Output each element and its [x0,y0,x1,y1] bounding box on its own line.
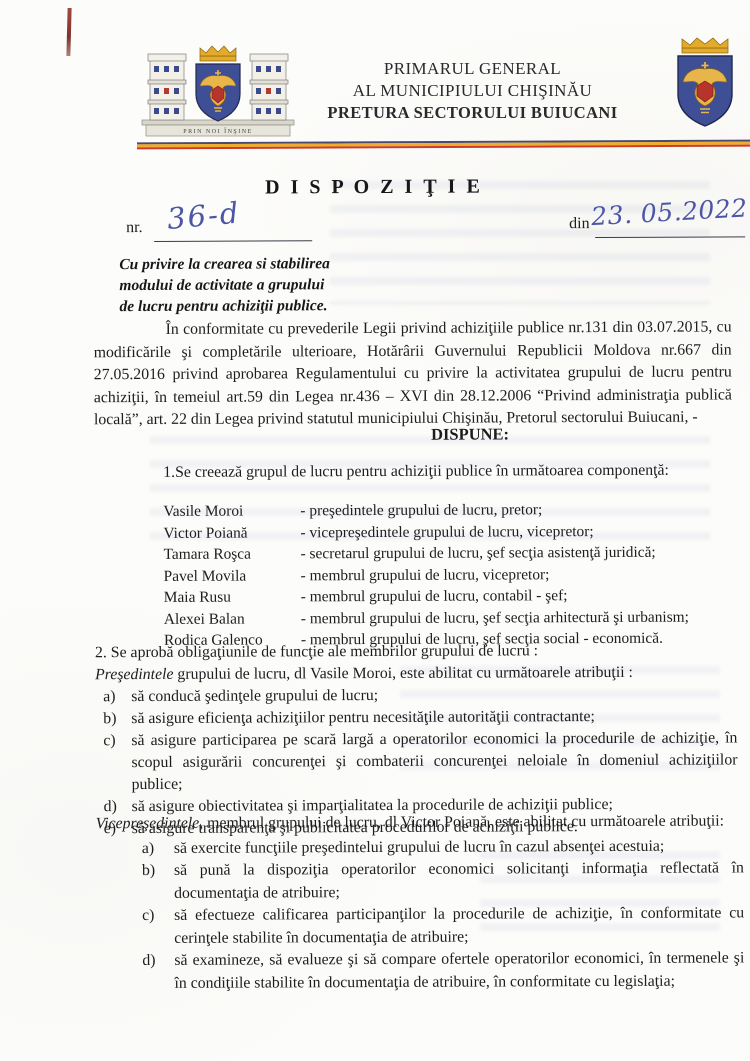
member-row: Victor Poiană - vicepreşedintele grupulu… [163,520,741,544]
item-letter: c) [142,905,174,950]
date-underline [595,236,745,238]
president-lead: Preşedintele grupului de lucru, dl Vasil… [95,661,737,686]
member-role: - membrul grupului de lucru, vicepretor; [301,563,742,586]
document-body: D I S P O Z I Ţ I E nr. 36-d din 23. 05.… [0,0,750,1061]
subject-block: Cu privire la crearea si stabilirea modu… [119,253,399,317]
item-letter: a) [103,686,131,708]
member-role: - secretarul grupului de lucru, şef secţ… [301,541,742,564]
handwritten-date: 23. 05.2022 [590,193,748,231]
member-role: - membrul grupului de lucru, şef secţia … [301,606,742,629]
vicepresident-lead: Vicepreşedintele, membrul grupului de lu… [96,810,744,835]
item-letter: c) [103,730,131,796]
subject-line: modului de activitate a grupului [119,274,399,296]
member-name: Pavel Movila [164,565,301,587]
number-label: nr. [126,219,143,237]
president-lead-rest: grupului de lucru, dl Vasile Moroi, este… [173,664,633,683]
duty-item: a) să exercite funcţiile preşedintelui g… [96,835,744,860]
member-role: - membrul grupului de lucru, contabil - … [301,584,742,607]
document-title: D I S P O Z I Ţ I E [0,174,749,200]
item-text: să asigure eficienţa achiziţiilor pentru… [131,705,737,730]
item-letter: b) [142,860,174,905]
handwritten-number: 36-d [166,195,242,236]
duty-item: d) să examineze, să evalueze şi să compa… [96,947,744,995]
section2-heading: 2. Se aprobă obligaţiunile de funcţie al… [95,639,737,664]
member-name: Tamara Roşca [164,543,301,565]
duty-item: a) să conducă şedinţele grupului de lucr… [95,683,737,708]
vicepresident-title: Vicepreşedintele [96,815,200,832]
number-underline [154,240,312,242]
scanned-document-page: PRIN NOI ÎNŞINE PRIMARUL GENERAL AL MUNI… [0,0,750,1061]
item-text: să exercite funcţiile preşedintelui grup… [174,835,744,860]
vicepresident-lead-rest: , membrul grupului de lucru, dl Victor P… [199,812,724,831]
intro-paragraph: În conformitate cu prevederile Legii pri… [94,316,732,431]
section3-vicepresident-duties: Vicepreşedintele, membrul grupului de lu… [96,810,745,995]
member-role: - vicepreşedintele grupului de lucru, vi… [300,520,741,543]
item-text: să conducă şedinţele grupului de lucru; [131,683,737,708]
member-name: Maia Rusu [164,586,301,608]
member-row: Alexei Balan - membrul grupului de lucru… [164,606,742,630]
member-name: Victor Poiană [163,522,300,544]
president-title: Preşedintele [95,666,173,683]
member-row: Pavel Movila - membrul grupului de lucru… [164,563,742,587]
duty-item: c) să efectueze calificarea participanţi… [96,902,744,950]
date-label: din [569,215,590,233]
item-text: să examineze, să evalueze şi să compare … [174,947,744,994]
duty-item: b) să asigure eficienţa achiziţiilor pen… [95,705,737,730]
subject-line: de lucru pentru achiziţii publice. [119,295,399,317]
section1-heading: 1.Se creează grupul de lucru pentru achi… [163,461,723,481]
item-letter: a) [142,837,174,860]
item-text: să asigure participarea pe scară largă a… [131,727,737,796]
item-text: să efectueze calificarea participanţilor… [174,902,744,949]
member-row: Maia Rusu - membrul grupului de lucru, c… [164,584,742,608]
item-text: să pună la dispoziţia operatorilor econo… [174,857,744,904]
member-name: Vasile Moroi [163,500,300,522]
working-group-members-list: Vasile Moroi - preşedintele grupului de … [163,498,742,651]
member-row: Vasile Moroi - preşedintele grupului de … [163,498,741,522]
member-row: Tamara Roşca - secretarul grupului de lu… [164,541,742,565]
item-letter: d) [142,950,174,995]
item-letter: b) [103,708,131,730]
member-name: Alexei Balan [164,608,301,630]
duty-item: c) să asigure participarea pe scară larg… [95,727,737,796]
duty-item: b) să pună la dispoziţia operatorilor ec… [96,857,744,905]
dispune-heading: DISPUNE: [180,423,750,446]
member-role: - preşedintele grupului de lucru, pretor… [300,498,741,521]
subject-line: Cu privire la crearea si stabilirea [119,253,399,275]
